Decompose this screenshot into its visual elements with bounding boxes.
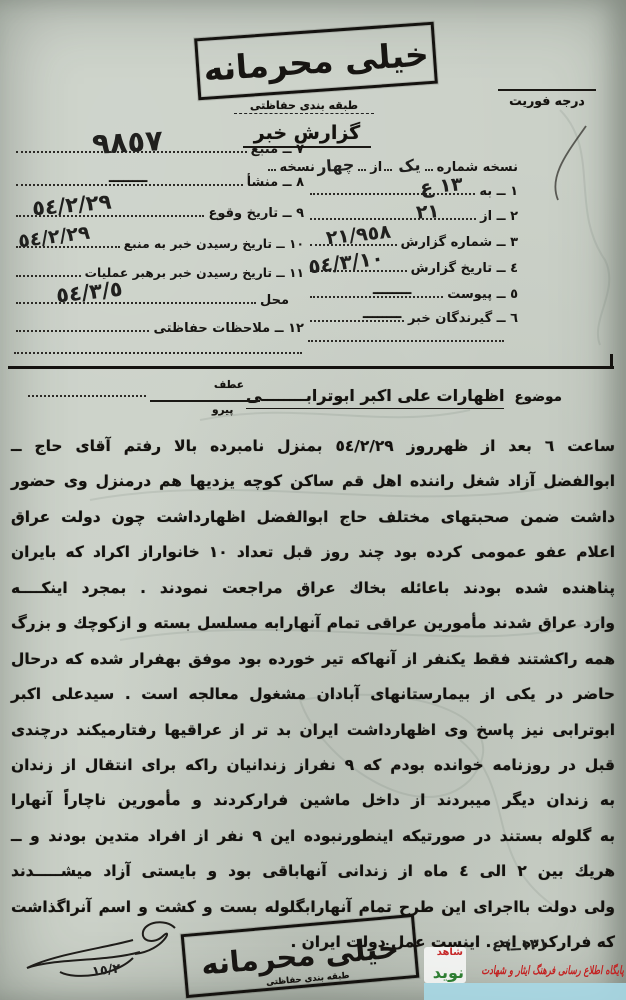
body-line: هریك بین ٢ الی ٤ ماه از زندانی آنهاباقی … [11,854,615,889]
body-line: ساعت ٦ بعد از ظهرروز ٥٤/٢/٢٩ بمنزل نامبر… [11,429,615,464]
watermark-logo: شاهد نوید [424,947,466,983]
subject-text: اظهارات علی اکبر ابوترابــــــــی [246,386,504,409]
dotted-line [384,167,392,171]
dotted-line [308,338,504,342]
field-label: ٤ ــ تاریخ گزارش [411,262,518,276]
logo-word-shahed: شاهد [437,947,463,958]
classification-label-top: طبقه بندی حفاظتی [234,99,374,114]
form-field-row: ١١ ــ تاریخ رسیدن خبر برهبر عملیات [14,267,304,281]
form-field-row: محل ٥٤/٣/٥ [14,294,289,308]
body-line: همه راکشتند فقط یکنفر از آنهاکه تیر خورد… [11,642,615,677]
urgency-divider [498,89,596,91]
body-line: قبل در روزنامه خوانده بودم که ٩ نفراز زن… [11,748,615,783]
copy-total-value: چهار [316,155,355,177]
field-label: ٥ ــ پیوست [447,288,518,302]
form-field-row: ١ ــ به ١٣ ع [308,185,518,199]
form-field-row: ١٢ ــ ملاحظات حفاظتی [14,322,304,336]
form-field-row: ٦ ــ گیرندگان خبر ــــــــ [308,312,518,326]
form-field-row: ٨ ــ منشأ ــــــــ [14,176,304,190]
logo-word-navid: نوید [433,963,464,982]
watermark-site-name: پایگاه اطلاع رسانی فرهنگ ایثار و شهادت [482,963,624,977]
field-value-dash: ــــــــ [109,170,147,186]
body-line: وارد عراق شدند مأمورین عراقی تمام آنهارا… [11,606,615,641]
dotted-line [310,216,476,220]
form-field-row: ٥ ــ پیوست ــــــــ [308,288,518,302]
body-line: اعلام عفو عمومی کرده بود چند روز قبل تعد… [11,535,615,570]
dotted-line [28,393,146,397]
field-value-dash: ــــــــ [373,282,411,298]
dotted-line [16,273,81,277]
blue-strip [424,983,626,1000]
signature-scribble [15,910,190,995]
section-divider-tick [610,354,613,369]
field-label: ١ ــ به [479,185,518,199]
report-body: ساعت ٦ بعد از ظهرروز ٥٤/٢/٢٩ بمنزل نامبر… [11,429,615,961]
confidential-stamp-bottom-text: خیلی محرمانه [200,930,400,981]
scanned-intelligence-report: خیلی محرمانه طبقه بندی حفاظتی درجه فوریت… [0,0,626,1000]
dotted-line [358,167,366,171]
field-label: محل [260,294,289,308]
field-label: ١٠ ــ تاریخ رسیدن خبر به منبع [124,238,304,252]
urgency-label: درجه فوریت [498,93,596,108]
confidential-stamp-top-text: خیلی محرمانه [202,34,430,89]
dotted-line [425,167,433,171]
field-label: ٩ ــ تاریخ وقوع [208,207,304,221]
form-field-row: ٧ ــ منبع ٩٨٥٧ [14,143,304,157]
dotted-line [16,328,149,332]
form-field-row: ٢ ــ از ٢١ [308,210,518,224]
copy-number-line: نسخه شماره یک از چهار نسخه [300,156,518,175]
field-value-handwritten: ٩٨٥٧ [91,123,163,161]
reference-atf: عطف [214,379,244,391]
dotted-line [268,167,276,171]
field-label: ٨ ــ منشأ [247,176,304,190]
dotted-line [14,350,302,354]
archive-number-note: ١٣١ــ٤٦ [492,935,549,956]
subject-row: موضوع اظهارات علی اکبر ابوترابــــــــی [246,386,562,409]
field-value-handwritten: ٢١ [415,200,440,224]
copy-line-of: از [370,161,382,175]
field-value-handwritten: ١٣ ع [419,173,464,199]
body-line: ابوالفضل آزاد شغل راننده اهل قم ساکن کوچ… [11,464,615,499]
form-field-row: ٤ ــ تاریخ گزارش ٥٤/٣/١٠ [308,262,518,276]
dotted-line [16,300,256,304]
form-field-row: ٩ ــ تاریخ وقوع ٥٤/٢/٢٩ [14,207,304,221]
reference-peyro: پیرو [212,404,233,416]
field-label: ٦ ــ گیرندگان خبر [408,312,518,326]
body-line: ابوترابی نیز پاسخ وی اظهارداشت ایران بد … [11,713,615,748]
reference-divider [150,400,260,402]
field-label: ٢ ــ از [480,210,518,224]
field-label: ٧ ــ منبع [251,143,304,157]
subject-label: موضوع [514,386,562,405]
copy-line-prefix: نسخه شماره [437,161,518,175]
form-field-row: ١٠ ــ تاریخ رسیدن خبر به منبع ٥٤/٢/٢٩ [14,238,304,252]
section-divider [8,366,614,369]
form-field-row: ٣ ــ شماره گزارش ٢١/٩٥٨ [308,236,518,250]
body-line: داشت ضمن صحبتهای مختلف حاج ابوالفضل اظها… [11,500,615,535]
body-line: حاضر در یکی از بیمارستانهای آبادان مشغول… [11,677,615,712]
body-line: به گلوله بستند در صورتیکه اینطورنبوده ای… [11,819,615,854]
field-value-dash: ــــــــ [363,306,401,322]
body-line: پناهنده شده بودند باعائله بخاك عراق مراج… [11,571,615,606]
body-line: به زندان دیگر میبردند از داخل ماشین فرار… [11,783,615,818]
field-label: ٣ ــ شماره گزارش [401,236,518,250]
field-label: ١٢ ــ ملاحظات حفاظتی [153,322,304,336]
copy-number-value: یک [397,155,421,176]
copy-line-suffix: نسخه [280,161,315,175]
